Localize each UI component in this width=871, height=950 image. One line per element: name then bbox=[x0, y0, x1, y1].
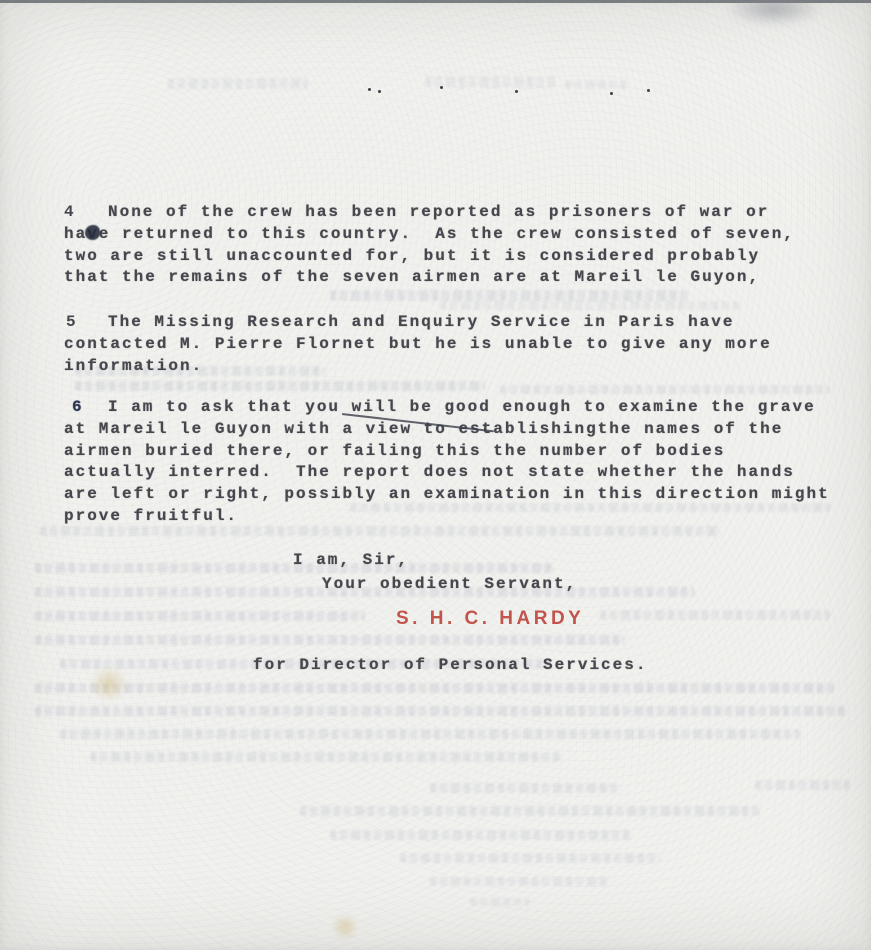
typewritten-line: prove fruitful. bbox=[64, 506, 854, 528]
typewritten-line: None of the crew has been reported as pr… bbox=[64, 202, 854, 224]
typewritten-line: two are still unaccounted for, but it is… bbox=[64, 246, 854, 268]
typewritten-line: information. bbox=[64, 356, 854, 378]
typewritten-line: have returned to this country. As the cr… bbox=[64, 224, 854, 246]
letter-body: 4 None of the crew has been reported as … bbox=[0, 0, 871, 950]
scanned-letter-page: 4 None of the crew has been reported as … bbox=[0, 0, 871, 950]
paragraph-5: 5 The Missing Research and Enquiry Servi… bbox=[64, 312, 854, 377]
typewritten-line: actually interred. The report does not s… bbox=[64, 462, 854, 484]
typewritten-line: airmen buried there, or failing this the… bbox=[64, 441, 854, 463]
paragraph-4-number: 4 bbox=[64, 202, 74, 224]
paragraph-4: 4 None of the crew has been reported as … bbox=[64, 202, 854, 289]
signature-stamp: S. H. C. HARDY bbox=[396, 608, 584, 630]
closing-salutation: I am, Sir, bbox=[293, 550, 409, 572]
ink-blot bbox=[85, 225, 100, 240]
paragraph-5-number: 5 bbox=[66, 312, 76, 334]
typewritten-line: at Mareil le Guyon with a view to establ… bbox=[64, 419, 854, 441]
typewritten-line: are left or right, possibly an examinati… bbox=[64, 484, 854, 506]
typewritten-line: I am to ask that you will be good enough… bbox=[64, 397, 854, 419]
signer-title: for Director of Personal Services. bbox=[253, 655, 647, 677]
paragraph-6: 6 I am to ask that you will be good enou… bbox=[64, 397, 854, 528]
typewritten-line: that the remains of the seven airmen are… bbox=[64, 267, 854, 289]
typewritten-line: contacted M. Pierre Flornet but he is un… bbox=[64, 334, 854, 356]
typewritten-line: The Missing Research and Enquiry Service… bbox=[64, 312, 854, 334]
closing-servant-line: Your obedient Servant, bbox=[322, 574, 577, 596]
paragraph-6-number: 6 bbox=[72, 397, 82, 419]
